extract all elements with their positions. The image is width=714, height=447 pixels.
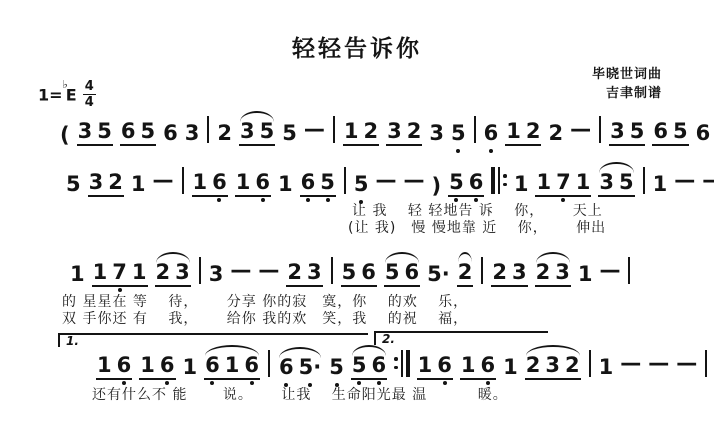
beam-group: 56 bbox=[448, 172, 484, 197]
beam-group-slur: 232 bbox=[525, 355, 581, 380]
note-number: 6 bbox=[244, 355, 259, 378]
beam-group: 16 bbox=[139, 355, 175, 380]
beam-group: 23 bbox=[286, 262, 322, 287]
note-number: 5· bbox=[299, 357, 322, 380]
note-number: 7 bbox=[556, 172, 571, 195]
note-number: 2 bbox=[458, 262, 473, 285]
beam-group: 16 bbox=[235, 172, 271, 197]
note-number: 3 bbox=[185, 123, 200, 146]
second-ending-bracket: 2. bbox=[374, 331, 548, 345]
note-number: 2 bbox=[108, 172, 123, 195]
duration-dash: — bbox=[599, 260, 620, 281]
note-number: 3 bbox=[209, 264, 224, 287]
note-number: 5 bbox=[352, 355, 367, 378]
note-number: 2 bbox=[363, 121, 378, 144]
note-number: 6 bbox=[405, 262, 420, 285]
song-title: 轻轻告诉你 bbox=[0, 30, 714, 63]
lyrics-row-line4: 还有什么不 能 说。 让我 生命阳光最 温 暖。 bbox=[92, 384, 508, 404]
beam-group-slur: 2 bbox=[457, 262, 474, 287]
note-number: 5 bbox=[619, 172, 634, 195]
note-number: 2 bbox=[548, 123, 563, 146]
duration-dash: — bbox=[304, 119, 325, 140]
note-number: 2 bbox=[492, 262, 507, 285]
beam-group: 12 bbox=[505, 121, 541, 146]
duration-dash: — bbox=[230, 260, 251, 281]
note-number: 6 bbox=[117, 355, 132, 378]
beam-group-slur: 35 bbox=[239, 121, 275, 146]
note-number: 3 bbox=[512, 262, 527, 285]
beam-group: 16 bbox=[460, 355, 496, 380]
barline bbox=[589, 350, 591, 377]
note-number: 6 bbox=[696, 123, 711, 146]
note-number: 1 bbox=[506, 121, 521, 144]
duration-dash: — bbox=[676, 353, 697, 374]
note-number: 1 bbox=[576, 172, 591, 195]
time-signature: 4 4 bbox=[83, 80, 96, 109]
beam-group: 23 bbox=[491, 262, 527, 287]
beam-group-slur: 56 bbox=[384, 262, 420, 287]
barline bbox=[268, 350, 270, 377]
note-number: 1 bbox=[599, 357, 614, 380]
note-number: 2 bbox=[287, 262, 302, 285]
first-ending-bracket: 1. bbox=[58, 333, 368, 347]
note-number: 3 bbox=[545, 355, 560, 378]
note-number: 6 bbox=[361, 262, 376, 285]
note-number: 5 bbox=[630, 121, 645, 144]
note-number: 6 bbox=[301, 172, 316, 195]
note-number: 1 bbox=[183, 357, 198, 380]
note-number: 6 bbox=[371, 355, 386, 378]
note-number: 5 bbox=[320, 172, 335, 195]
note-number: 6 bbox=[437, 355, 452, 378]
beam-group: 56 bbox=[341, 262, 377, 287]
beam-group: 65 bbox=[652, 121, 688, 146]
note-number: 5· bbox=[427, 264, 450, 287]
note-number: 6 bbox=[653, 121, 668, 144]
beam-group: 12 bbox=[343, 121, 379, 146]
parenthesis: ) bbox=[432, 176, 442, 197]
note-number: 3 bbox=[240, 121, 255, 144]
beam-group-slur: 23 bbox=[535, 262, 571, 287]
duration-dash: — bbox=[702, 170, 714, 191]
barline bbox=[599, 116, 601, 143]
note-number: 5 bbox=[66, 174, 81, 197]
note-number: 3 bbox=[307, 262, 322, 285]
music-line-4: 1616161665·556161612321——— bbox=[96, 346, 708, 380]
duration-dash: — bbox=[153, 170, 174, 191]
note-number: 1 bbox=[225, 355, 240, 378]
note-number: 5 bbox=[451, 123, 466, 146]
note-number: 1 bbox=[132, 262, 147, 285]
note-number: 5 bbox=[449, 172, 464, 195]
beam-group: 65 bbox=[300, 172, 336, 197]
music-line-2: 5321—16161655——)561171351——56 bbox=[66, 163, 714, 197]
beam-group-slur: 56 bbox=[351, 355, 387, 380]
note-number: 1 bbox=[97, 355, 112, 378]
composer-credit: 毕晓世词曲 bbox=[592, 66, 662, 85]
note-number: 5 bbox=[260, 121, 275, 144]
transcriber-credit: 吉聿制谱 bbox=[592, 85, 662, 104]
barline bbox=[705, 350, 707, 377]
note-number: 6 bbox=[163, 123, 178, 146]
duration-dash: — bbox=[258, 260, 279, 281]
note-number: 2 bbox=[156, 262, 171, 285]
beam-group: 65 bbox=[120, 121, 156, 146]
barline bbox=[481, 257, 483, 284]
note-number: 1 bbox=[193, 172, 208, 195]
note-number: 1 bbox=[418, 355, 433, 378]
music-line-1: (3565632355—1232356122—356561 bbox=[60, 112, 714, 146]
note-number: 7 bbox=[112, 262, 127, 285]
beam-group-slur: 65· bbox=[278, 357, 322, 380]
note-number: 1 bbox=[93, 262, 108, 285]
repeat-open-sign bbox=[491, 167, 507, 194]
note-number: 5 bbox=[354, 174, 369, 197]
music-line-3: 1171233——2356565·223231— bbox=[70, 253, 631, 287]
barline bbox=[628, 257, 630, 284]
note-number: 6 bbox=[121, 121, 136, 144]
beam-group: 16 bbox=[96, 355, 132, 380]
note-number: 3 bbox=[387, 121, 402, 144]
sheet-music-page: 轻轻告诉你 毕晓世词曲 吉聿制谱 1=♭E 4 4 (3565632355—12… bbox=[0, 0, 714, 447]
note-number: 3 bbox=[78, 121, 93, 144]
duration-dash: — bbox=[376, 170, 397, 191]
note-number: 2 bbox=[217, 123, 232, 146]
note-number: 1 bbox=[461, 355, 476, 378]
beam-group: 16 bbox=[192, 172, 228, 197]
note-number: 3 bbox=[599, 172, 614, 195]
note-number: 6 bbox=[484, 123, 499, 146]
key-time-signature: 1=♭E 4 4 bbox=[38, 80, 96, 109]
beam-group: 171 bbox=[535, 172, 591, 197]
beam-group: 16 bbox=[417, 355, 453, 380]
note-number: 2 bbox=[407, 121, 422, 144]
note-number: 1 bbox=[536, 172, 551, 195]
key-signature: 1=♭E bbox=[38, 84, 77, 104]
barline bbox=[344, 167, 346, 194]
parenthesis: ( bbox=[60, 125, 70, 146]
lyrics-row-verse2-line2: (让 我) 慢 慢地靠 近 你， 伸出 bbox=[348, 217, 606, 237]
repeat-close-sign bbox=[394, 350, 410, 377]
note-number: 2 bbox=[526, 355, 541, 378]
note-number: 5 bbox=[385, 262, 400, 285]
note-number: 3 bbox=[89, 172, 104, 195]
note-number: 5 bbox=[342, 262, 357, 285]
note-number: 6 bbox=[212, 172, 227, 195]
barline bbox=[643, 167, 645, 194]
beam-group-slur: 35 bbox=[598, 172, 634, 197]
note-number: 1 bbox=[140, 355, 155, 378]
beam-group-slur: 23 bbox=[155, 262, 191, 287]
note-number: 3 bbox=[429, 123, 444, 146]
note-number: 1 bbox=[236, 172, 251, 195]
beam-group-slur: 616 bbox=[204, 355, 260, 380]
note-number: 6 bbox=[160, 355, 175, 378]
duration-dash: — bbox=[648, 353, 669, 374]
note-number: 5 bbox=[673, 121, 688, 144]
note-number: 2 bbox=[526, 121, 541, 144]
lyrics-row-verse2-line3: 双 手你还 有 我， 给你 我的欢 笑，我 的祝 福， bbox=[62, 308, 468, 328]
note-number: 6 bbox=[480, 355, 495, 378]
barline bbox=[182, 167, 184, 194]
note-number: 3 bbox=[555, 262, 570, 285]
beam-group: 35 bbox=[609, 121, 645, 146]
second-ending-label: 2. bbox=[382, 332, 395, 346]
credits: 毕晓世词曲 吉聿制谱 bbox=[592, 66, 662, 104]
beam-group: 32 bbox=[386, 121, 422, 146]
duration-dash: — bbox=[570, 119, 591, 140]
note-number: 3 bbox=[610, 121, 625, 144]
note-number: 2 bbox=[565, 355, 580, 378]
note-number: 2 bbox=[536, 262, 551, 285]
first-ending-label: 1. bbox=[66, 334, 79, 348]
note-number: 6 bbox=[205, 355, 220, 378]
note-number: 1 bbox=[514, 174, 529, 197]
barline bbox=[474, 116, 476, 143]
note-number: 5 bbox=[97, 121, 112, 144]
note-number: 6 bbox=[469, 172, 484, 195]
note-number: 1 bbox=[344, 121, 359, 144]
note-number: 1 bbox=[653, 174, 668, 197]
note-number: 1 bbox=[578, 264, 593, 287]
flat-icon: ♭ bbox=[63, 78, 68, 91]
note-number: 1 bbox=[131, 174, 146, 197]
note-number: 5 bbox=[282, 123, 297, 146]
note-number: 1 bbox=[503, 357, 518, 380]
barline bbox=[207, 116, 209, 143]
beam-group: 171 bbox=[92, 262, 148, 287]
note-number: 1 bbox=[278, 174, 293, 197]
barline bbox=[333, 116, 335, 143]
duration-dash: — bbox=[404, 170, 425, 191]
beam-group: 35 bbox=[77, 121, 113, 146]
barline bbox=[199, 257, 201, 284]
note-number: 5 bbox=[329, 357, 344, 380]
note-number: 6 bbox=[279, 357, 294, 380]
duration-dash: — bbox=[620, 353, 641, 374]
beam-group: 32 bbox=[88, 172, 124, 197]
note-number: 5 bbox=[140, 121, 155, 144]
note-number: 3 bbox=[175, 262, 190, 285]
note-number: 6 bbox=[255, 172, 270, 195]
barline bbox=[331, 257, 333, 284]
note-number: 1 bbox=[70, 264, 85, 287]
duration-dash: — bbox=[674, 170, 695, 191]
